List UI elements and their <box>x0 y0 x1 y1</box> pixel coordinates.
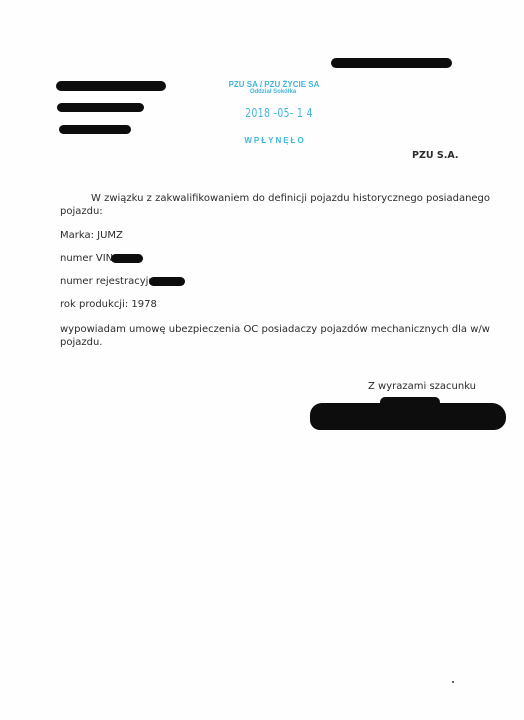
closing-salutation: Z wyrazami szacunku <box>368 380 476 393</box>
declaration-line-1: wypowiadam umowę ubezpieczenia OC posiad… <box>60 323 490 336</box>
production-year: rok produkcji: 1978 <box>60 298 157 311</box>
declaration-line-2: pojazdu. <box>60 336 103 349</box>
stamp-status: WPŁYNĘŁO <box>240 136 310 145</box>
recipient: PZU S.A. <box>412 149 458 162</box>
scanned-letter-page: PZU SA / PZU ŻYCIE SA Oddział Sokółka 20… <box>0 0 524 720</box>
redacted-place-date <box>331 58 452 68</box>
intro-line-2: pojazdu: <box>60 205 103 218</box>
intro-line-1: W związku z zakwalifikowaniem do definic… <box>91 192 490 205</box>
redacted-sender-street <box>57 103 144 112</box>
stamp-branch: Oddział Sokółka <box>228 89 318 95</box>
stamp-date: 2018 -05- 1 4 <box>245 106 305 120</box>
redacted-vin <box>111 254 143 263</box>
vehicle-make: Marka: JUMZ <box>60 229 123 242</box>
registration-label: numer rejestracyjny: <box>60 275 163 288</box>
redacted-sender-city <box>59 125 131 134</box>
redacted-signature-top <box>380 397 440 407</box>
redacted-sender-name <box>56 81 166 91</box>
redacted-signature <box>310 403 506 430</box>
redacted-registration <box>149 277 185 286</box>
stamp-company: PZU SA / PZU ŻYCIE SA <box>224 80 324 89</box>
scan-speck <box>452 681 454 683</box>
vin-label: numer VIN: <box>60 252 117 265</box>
